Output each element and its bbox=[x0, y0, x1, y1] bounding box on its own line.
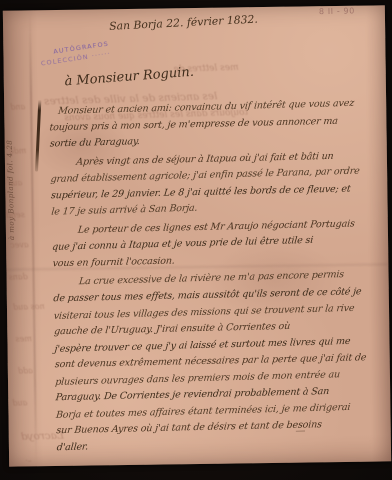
dateline: San Borja 22. février 1832. bbox=[109, 13, 258, 33]
letter-paper: les anciens de la ville des lettres mes … bbox=[3, 5, 391, 466]
photograph-background: les anciens de la ville des lettres mes … bbox=[0, 0, 392, 480]
salutation: à Monsieur Roguin. bbox=[64, 65, 194, 90]
ink-layer: San Borja 22. février 1832. 8 II - 90 AU… bbox=[1, 4, 392, 469]
collection-stamp: AUTÓGRAFOS COLECCIÓN ······ bbox=[53, 40, 111, 66]
closing-dash: — bbox=[295, 426, 305, 437]
pencil-catalog-number: 8 II - 90 bbox=[319, 6, 355, 16]
margin-archival-note: à moy Bonpland fol. 4.28 bbox=[3, 70, 16, 240]
letter-body: Monsieur et ancien ami: convaincu du vif… bbox=[49, 98, 392, 459]
pen-flourish-stroke bbox=[35, 100, 41, 172]
